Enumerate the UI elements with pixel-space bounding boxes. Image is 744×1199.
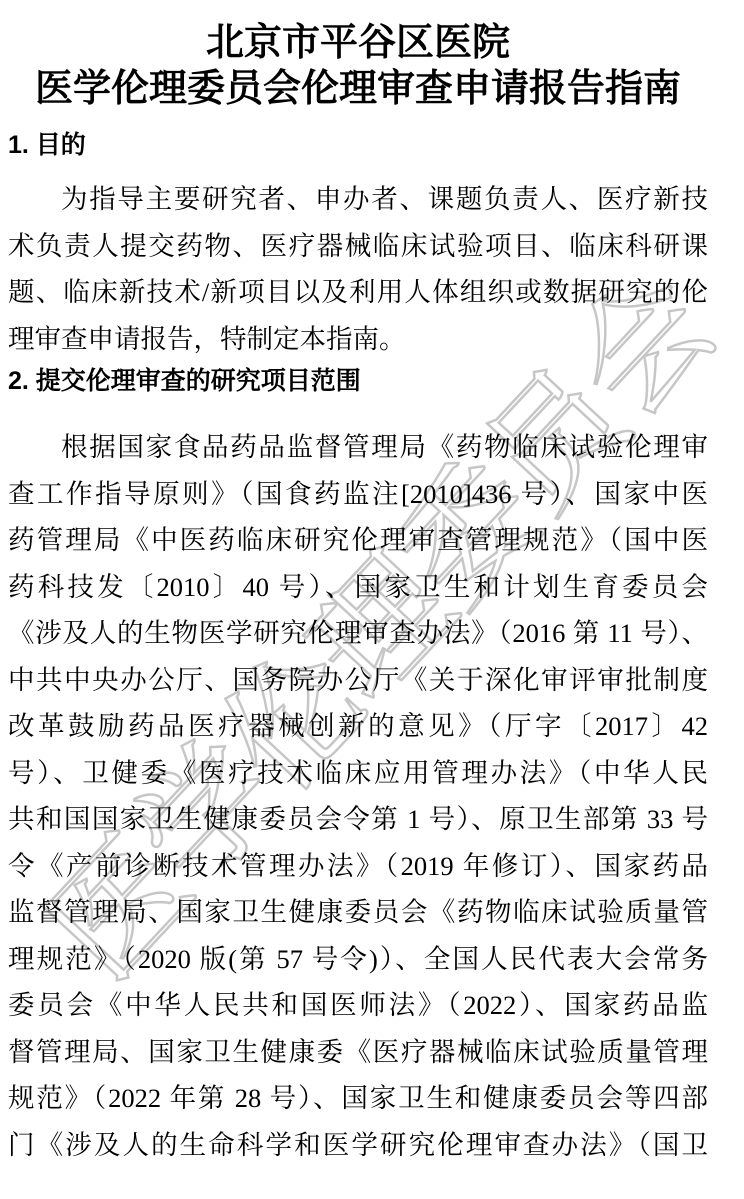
section-2-paragraph: 根据国家食品药品监督管理局《药物临床试验伦理审 查工作指导原则》（国食药监注[2… [8,424,708,1168]
paragraph-line: 督管理局、国家卫生健康委《医疗器械临床试验质量管理 [8,1029,708,1076]
paragraph-line: 理规范》（2020 版(第 57 号令)）、全国人民代表大会常务 [8,936,708,983]
paragraph-line: 题、临床新技术/新项目以及利用人体组织或数据研究的伦 [8,269,708,316]
paragraph-line: 理审查申请报告，特制定本指南。 [8,316,708,363]
document-content: 北京市平谷区医院 医学伦理委员会伦理审查申请报告指南 1. 目的 为指导主要研究… [0,0,744,1168]
section-2-heading: 2. 提交伦理审查的研究项目范围 [8,364,708,398]
paragraph-line: 术负责人提交药物、医疗器械临床试验项目、临床科研课 [8,223,708,270]
paragraph-line: 共和国国家卫生健康委员会令第 1 号）、原卫生部第 33 号 [8,796,708,843]
paragraph-line: 令《产前诊断技术管理办法》（2019 年修订）、国家药品 [8,843,708,890]
paragraph-line: 监督管理局、国家卫生健康委员会《药物临床试验质量管 [8,889,708,936]
section-1-heading: 1. 目的 [8,128,708,162]
document-page: 医学伦理委员会 北京市平谷区医院 医学伦理委员会伦理审查申请报告指南 1. 目的… [0,0,744,1199]
paragraph-line: 《涉及人的生物医学研究伦理审查办法》（2016 第 11 号）、 [8,610,708,657]
title-line-2: 医学伦理委员会伦理审查申请报告指南 [8,66,708,112]
paragraph-line: 号）、卫健委《医疗技术临床应用管理办法》（中华人民 [8,750,708,797]
paragraph-line: 规范》（2022 年第 28 号）、国家卫生和健康委员会等四部 [8,1075,708,1122]
paragraph-line: 根据国家食品药品监督管理局《药物临床试验伦理审 [8,424,708,471]
document-title: 北京市平谷区医院 医学伦理委员会伦理审查申请报告指南 [8,20,708,112]
paragraph-line: 改革鼓励药品医疗器械创新的意见》（厅字〔2017〕42 [8,703,708,750]
paragraph-line: 药科技发〔2010〕40 号）、国家卫生和计划生育委员会 [8,564,708,611]
paragraph-line: 为指导主要研究者、申办者、课题负责人、医疗新技 [8,176,708,223]
paragraph-line: 委员会《中华人民共和国医师法》（2022）、国家药品监 [8,982,708,1029]
section-1-paragraph: 为指导主要研究者、申办者、课题负责人、医疗新技 术负责人提交药物、医疗器械临床试… [8,176,708,362]
paragraph-line: 中共中央办公厅、国务院办公厅《关于深化审评审批制度 [8,657,708,704]
paragraph-line: 门《涉及人的生命科学和医学研究伦理审查办法》（国卫 [8,1122,708,1169]
title-line-1: 北京市平谷区医院 [8,20,708,66]
paragraph-line: 查工作指导原则》（国食药监注[2010]436 号）、国家中医 [8,471,708,518]
paragraph-line: 药管理局《中医药临床研究伦理审查管理规范》（国中医 [8,517,708,564]
